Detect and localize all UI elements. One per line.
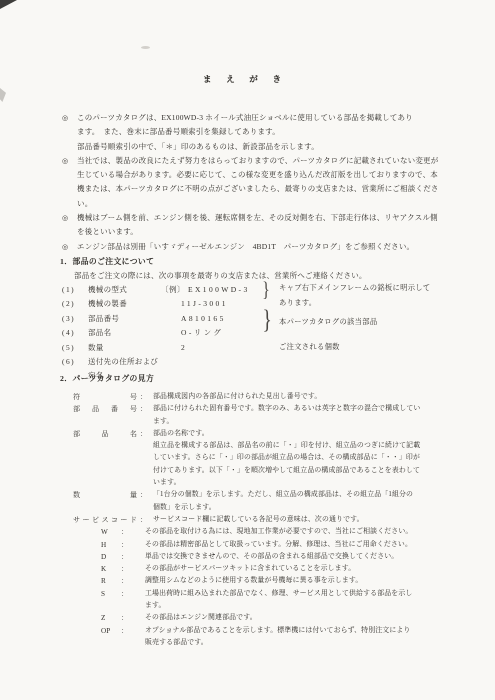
def-colon: ： — [137, 428, 150, 489]
service-code-letter: Z — [101, 612, 118, 624]
scan-artifact-edge — [0, 88, 6, 102]
def-text: 部品の名称です。 組立品を構成する部品は、部品名の前に「・」印を付け、組立品のつ… — [153, 428, 460, 489]
order-row-number: (2) — [62, 297, 88, 311]
bullet-marker-icon: ◎ — [62, 211, 77, 240]
legend-section: 2．パーツカタログの見方 符号 ： 部品構成図内の各部品に付けられた見出し番号で… — [60, 372, 460, 649]
preface-bullet: ◎ エンジン部品は別冊「いすゞディーゼルエンジン 4BD1T パーツカタログ」を… — [60, 240, 452, 254]
definition-row: 符号 ： 部品構成図内の各部品に付けられた見出し番号です。 — [60, 391, 460, 403]
bullet-marker-icon: ◎ — [62, 154, 77, 211]
preface-bullet: ◎ 機械はブーム側を前、エンジン側を後、運転席側を左、その反対側を右、下部走行体… — [60, 211, 452, 240]
service-code-text: 調整用シムなどのように使用する数量が号機毎に異る事を示します。 — [145, 575, 460, 587]
note-plate-location: キャブ右下メインフレームの銘板に明示して あります。 — [279, 281, 459, 310]
scanned-document-page: ま え が き ◎ このパーツカタログは、EX100WD-3 ホイール式油圧ショ… — [0, 0, 495, 700]
model-value: EX100WD-3 — [188, 285, 250, 294]
order-row-number: (5) — [62, 341, 88, 355]
order-row-number: (6) — [62, 355, 88, 369]
def-term: サービスコード — [73, 514, 137, 526]
service-code-letter: K — [101, 563, 118, 575]
code-colon: ： — [118, 588, 131, 613]
service-code-text: 単品では交換できませんので、その部品の含まれる組部品で交換してください。 — [145, 551, 460, 563]
def-colon: ： — [137, 514, 150, 526]
order-row-value: 〔例〕EX100WD-3 — [161, 283, 250, 297]
def-term: 部品番号 — [73, 403, 137, 428]
part-name-value: O-リング — [181, 328, 223, 337]
service-code-row: H ： その部品は精密部品として取扱っています。分解、修理は、当社にご用命くださ… — [60, 539, 460, 551]
service-code-row: K ： その部品がサービスパーツキットに含まれていることを示します。 — [60, 563, 460, 575]
service-code-letter: S — [101, 588, 118, 613]
order-row: (6) 送付先の住所および宛名 — [60, 355, 460, 369]
def-colon: ： — [137, 489, 150, 514]
preface-section: ◎ このパーツカタログは、EX100WD-3 ホイール式油圧ショベルに使用してい… — [60, 111, 452, 254]
service-code-row: D ： 単品では交換できませんので、その部品の含まれる組部品で交換してください。 — [60, 551, 460, 563]
bullet-text: 機械はブーム側を前、エンジン側を後、運転席側を左、その反対側を右、下部走行体は、… — [77, 211, 452, 240]
page-title: ま え が き — [0, 73, 487, 85]
service-code-text: その部品がサービスパーツキットに含まれていることを示します。 — [145, 563, 460, 575]
order-row-label: 部品名 — [88, 326, 161, 340]
service-code-row: W ： その部品を取付ける為には、現地加工作業が必要ですので、当社にご相談くださ… — [60, 526, 460, 538]
bullet-marker-icon: ◎ — [62, 240, 77, 254]
ordering-section: 1．部品のご注文について 部品をご注文の際には、次の事項を最寄りの支店または、営… — [60, 255, 460, 369]
code-colon: ： — [118, 625, 131, 650]
code-colon: ： — [118, 563, 131, 575]
def-term: 数量 — [73, 489, 137, 514]
service-code-letter: R — [101, 575, 118, 587]
order-row-value: 11J-3001 — [161, 297, 228, 311]
quantity-value: 2 — [181, 343, 187, 352]
bullet-text: 当社では、製品の改良にたえず努力をはらっておりますので、パーツカタログに記載され… — [77, 154, 452, 211]
definition-row: サービスコード ： サービスコード欄に記載している各記号の意味は、次の通りです。 — [60, 514, 460, 526]
bullet-text: エンジン部品は別冊「いすゞディーゼルエンジン 4BD1T パーツカタログ」をご参… — [77, 240, 452, 254]
order-row-label: 機械の製番 — [88, 297, 161, 311]
note-order-quantity: ご注文される個数 — [279, 340, 459, 355]
definition-row: 部品名 ： 部品の名称です。 組立品を構成する部品は、部品名の前に「・」印を付け… — [60, 428, 460, 489]
definition-row: 部品番号 ： 部品に付けられた固有番号です。数字のみ、あるいは英字と数字の混合で… — [60, 403, 460, 428]
preface-bullet: ◎ 当社では、製品の改良にたえず努力をはらっておりますので、パーツカタログに記載… — [60, 154, 452, 211]
def-text: 部品に付けられた固有番号です。数字のみ、あるいは英字と数字の混合で構成してい ま… — [153, 403, 460, 428]
definition-row: 数量 ： 「1台分の個数」を示します。ただし、組立品の構成部品は、その組立品「1… — [60, 489, 460, 514]
legend-heading: 2．パーツカタログの見方 — [60, 372, 460, 386]
code-colon: ： — [118, 575, 131, 587]
service-code-letter: D — [101, 551, 118, 563]
order-row-value: 2 — [161, 341, 187, 355]
note-catalog-part: 本パーツカタログの該当部品 — [279, 315, 459, 330]
service-code-letter: H — [101, 539, 118, 551]
scan-artifact-corner — [0, 0, 17, 9]
service-code-text: 工場出荷時に組み込まれた部品でなく、修理、サービス用として供給する部品を示し ま… — [145, 588, 460, 613]
serial-value: 11J-3001 — [181, 299, 228, 308]
service-code-row: Z ： その部品はエンジン関連部品です。 — [60, 612, 460, 624]
def-colon: ： — [137, 391, 150, 403]
service-code-text: その部品は精密部品として取扱っています。分解、修理は、当社にご用命ください。 — [145, 539, 460, 551]
order-row-label: 数量 — [88, 341, 161, 355]
order-row-value: O-リング — [161, 326, 223, 340]
service-code-text: その部品を取付ける為には、現地加工作業が必要ですので、当社にご相談ください。 — [145, 526, 460, 538]
service-code-letter: W — [101, 526, 118, 538]
order-row-label: 機械の型式 — [88, 283, 161, 297]
def-term: 符号 — [73, 391, 137, 403]
order-row-number: (4) — [62, 326, 88, 340]
service-code-text: その部品はエンジン関連部品です。 — [145, 612, 460, 624]
example-prefix: 〔例〕 — [161, 285, 185, 294]
service-code-row: S ： 工場出荷時に組み込まれた部品でなく、修理、サービス用として供給する部品を… — [60, 588, 460, 613]
preface-bullet: ◎ このパーツカタログは、EX100WD-3 ホイール式油圧ショベルに使用してい… — [60, 111, 452, 154]
ordering-heading: 1．部品のご注文について — [60, 255, 460, 269]
order-row-label: 部品番号 — [88, 312, 161, 326]
service-code-text: オプショナル部品であることを示します。標準機には付いておらず、特別注文により 販… — [145, 625, 460, 650]
def-colon: ： — [137, 403, 150, 428]
brace-icon: } — [262, 279, 270, 300]
code-colon: ： — [118, 539, 131, 551]
bullet-marker-icon: ◎ — [62, 111, 77, 154]
service-code-row: R ： 調整用シムなどのように使用する数量が号機毎に異る事を示します。 — [60, 575, 460, 587]
def-text: 部品構成図内の各部品に付けられた見出し番号です。 — [153, 391, 460, 403]
code-colon: ： — [118, 612, 131, 624]
def-term: 部品名 — [73, 428, 137, 489]
service-code-row: OP ： オプショナル部品であることを示します。標準機には付いておらず、特別注文… — [60, 625, 460, 650]
def-text: 「1台分の個数」を示します。ただし、組立品の構成部品は、その組立品「1組分の 個… — [153, 489, 460, 514]
order-row-value: A810165 — [161, 312, 226, 326]
code-colon: ： — [118, 551, 131, 563]
scan-artifact-smudge — [141, 46, 150, 49]
part-number-value: A810165 — [181, 314, 226, 323]
service-code-letter: OP — [101, 625, 118, 650]
order-row-number: (1) — [62, 283, 88, 297]
order-row-number: (3) — [62, 312, 88, 326]
code-colon: ： — [118, 526, 131, 538]
bullet-text: このパーツカタログは、EX100WD-3 ホイール式油圧ショベルに使用している部… — [77, 111, 452, 154]
brace-icon: } — [263, 307, 272, 333]
def-text: サービスコード欄に記載している各記号の意味は、次の通りです。 — [153, 514, 460, 526]
